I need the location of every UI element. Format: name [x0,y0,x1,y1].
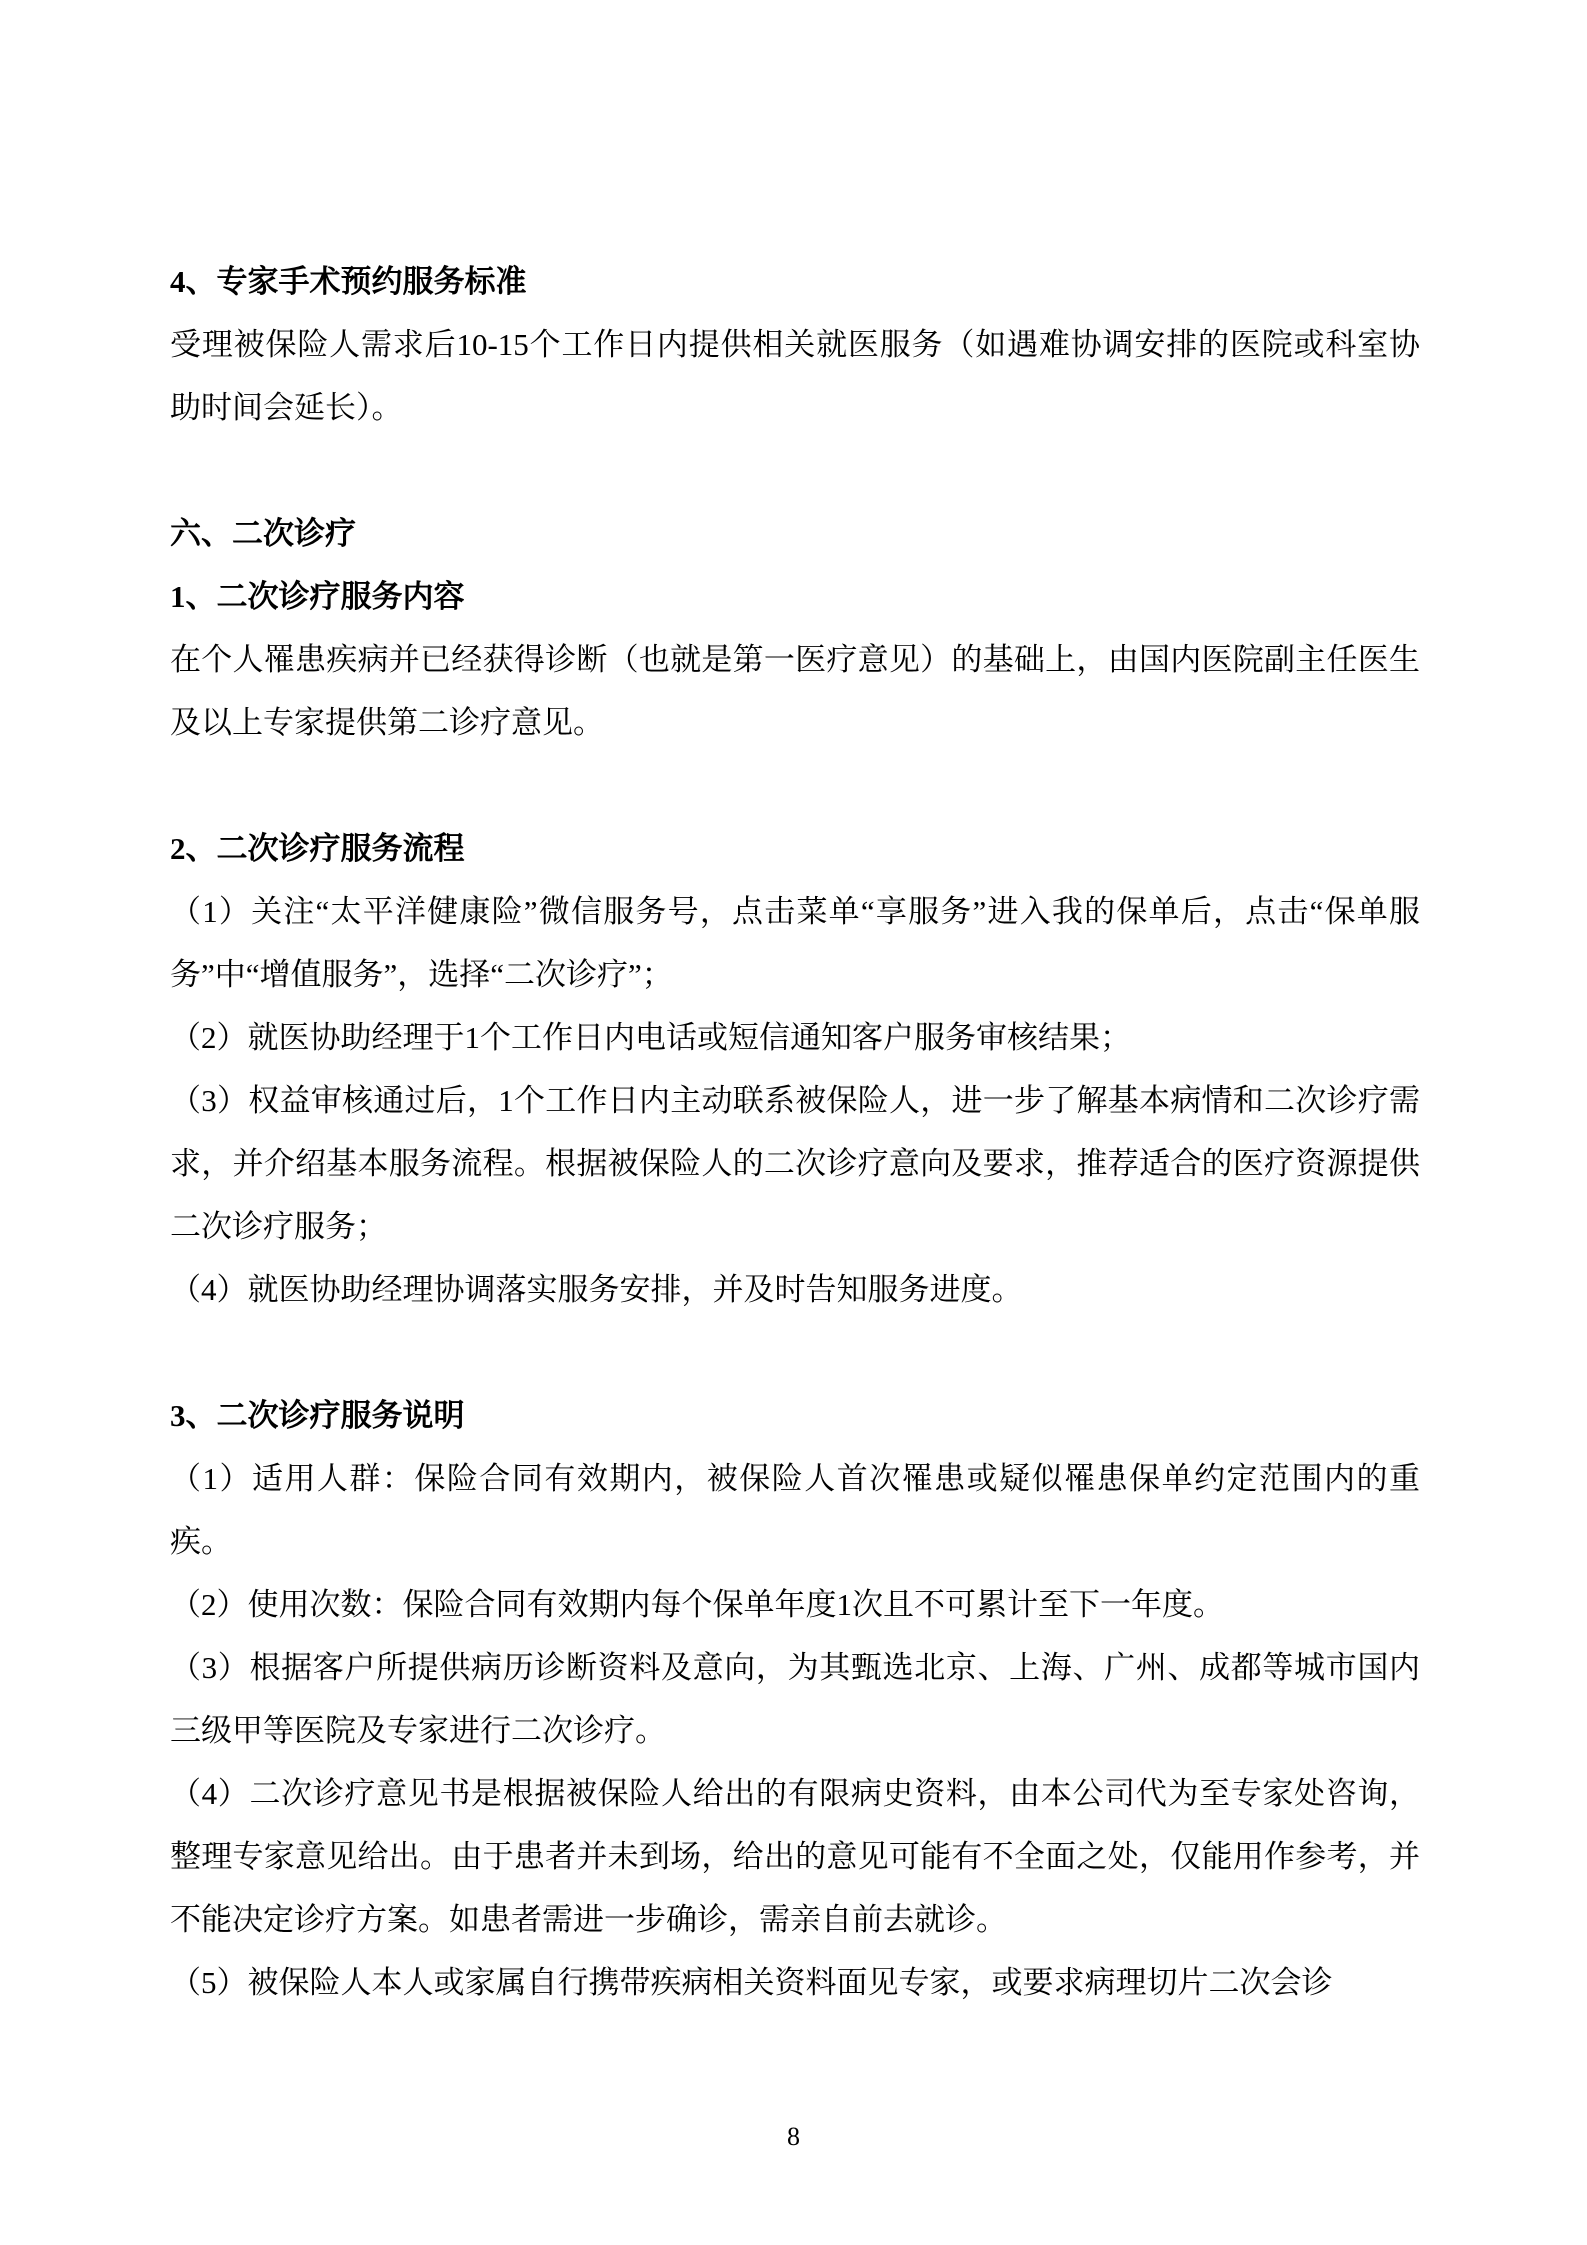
section-gap [170,754,1420,817]
heading-expert-surgery-booking-standard: 4、专家手术预约服务标准 [170,250,1420,313]
heading-second-opinion-service-content: 1、二次诊疗服务内容 [170,565,1420,628]
paragraph-notes-item-1: （1）适用人群：保险合同有效期内，被保险人首次罹患或疑似罹患保单约定范围内的重疾… [170,1447,1420,1573]
paragraph-flow-step-3: （3）权益审核通过后，1个工作日内主动联系被保险人，进一步了解基本病情和二次诊疗… [170,1069,1420,1258]
document-page: 4、专家手术预约服务标准 受理被保险人需求后10-15个工作日内提供相关就医服务… [0,0,1587,2245]
page-footer: 8 [0,2120,1587,2154]
paragraph-second-opinion-content: 在个人罹患疾病并已经获得诊断（也就是第一医疗意见）的基础上，由国内医院副主任医生… [170,628,1420,754]
paragraph-flow-step-1: （1）关注“太平洋健康险”微信服务号，点击菜单“享服务”进入我的保单后，点击“保… [170,880,1420,1006]
document-content: 4、专家手术预约服务标准 受理被保险人需求后10-15个工作日内提供相关就医服务… [170,250,1420,2014]
paragraph-flow-step-2: （2）就医协助经理于1个工作日内电话或短信通知客户服务审核结果； [170,1006,1420,1069]
section-gap [170,439,1420,502]
paragraph-notes-item-5: （5）被保险人本人或家属自行携带疾病相关资料面见专家，或要求病理切片二次会诊 [170,1951,1420,2014]
heading-section-six-second-opinion: 六、二次诊疗 [170,502,1420,565]
page-number: 8 [787,2122,800,2151]
paragraph-notes-item-3: （3）根据客户所提供病历诊断资料及意向，为其甄选北京、上海、广州、成都等城市国内… [170,1636,1420,1762]
section-gap [170,1321,1420,1384]
paragraph-surgery-standard-detail: 受理被保险人需求后10-15个工作日内提供相关就医服务（如遇难协调安排的医院或科… [170,313,1420,439]
heading-second-opinion-service-notes: 3、二次诊疗服务说明 [170,1384,1420,1447]
heading-second-opinion-service-flow: 2、二次诊疗服务流程 [170,817,1420,880]
paragraph-notes-item-4: （4）二次诊疗意见书是根据被保险人给出的有限病史资料，由本公司代为至专家处咨询，… [170,1762,1420,1951]
paragraph-flow-step-4: （4）就医协助经理协调落实服务安排，并及时告知服务进度。 [170,1258,1420,1321]
paragraph-notes-item-2: （2）使用次数：保险合同有效期内每个保单年度1次且不可累计至下一年度。 [170,1573,1420,1636]
